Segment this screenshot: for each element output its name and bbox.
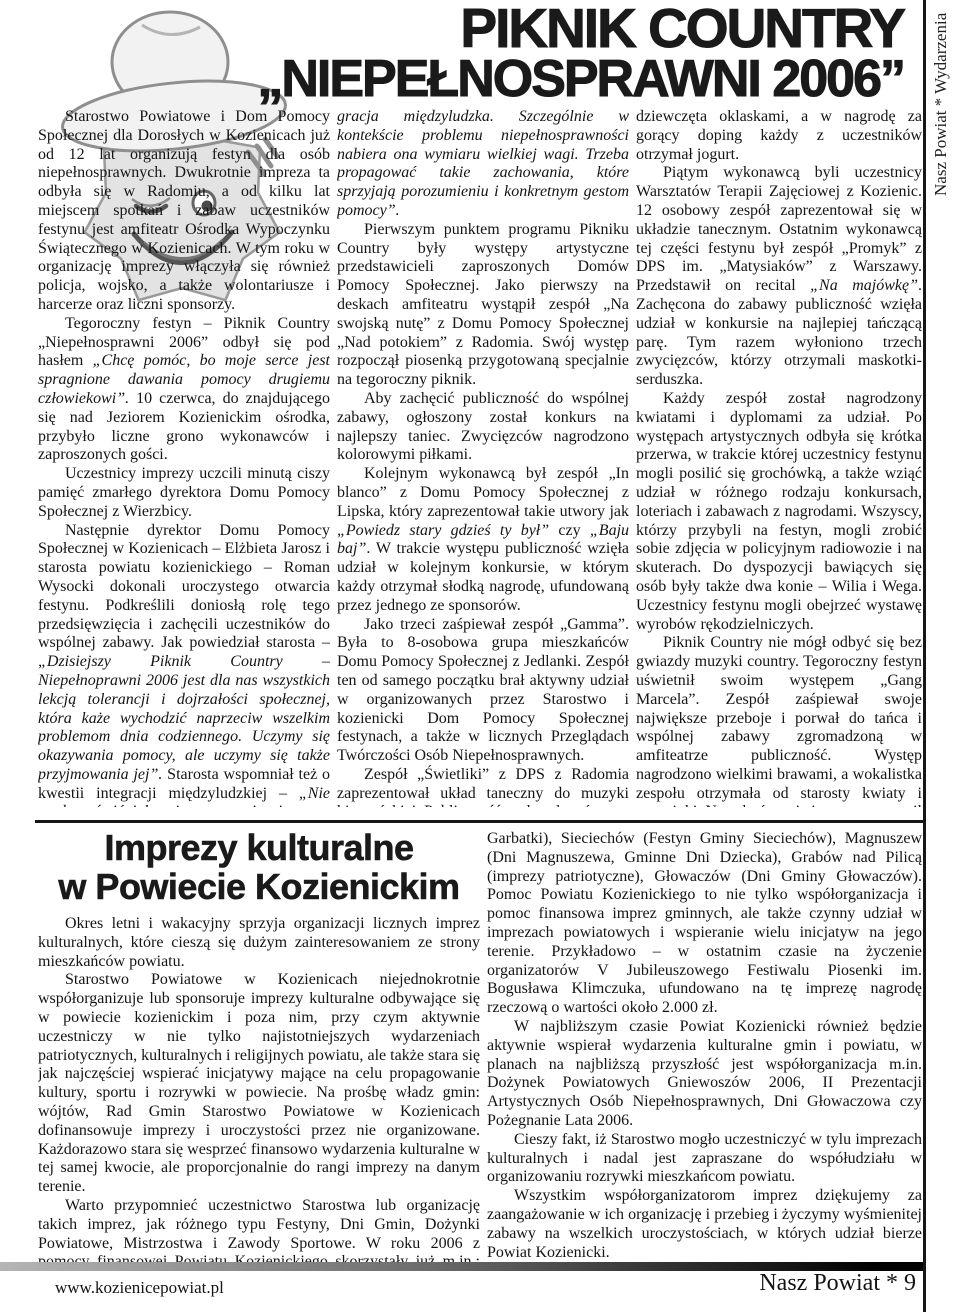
paragraph: W najbliższym czasie Powiat Kozienicki r…: [487, 1018, 922, 1131]
footer-website: www.kozienicepowiat.pl: [55, 1278, 224, 1298]
paragraph: gracja międzyludzka. Szczególnie w konte…: [337, 108, 629, 221]
text-segment: Kolejnym wykonawcą był zespół „In blanco…: [337, 465, 629, 520]
article1-title-line2: „NIEPEŁNOSPRAWNI 2006”: [240, 54, 904, 104]
section-divider-rule: [35, 820, 923, 823]
text-segment: „Dzisiejszy Piknik Country – Niepełnopra…: [38, 653, 330, 783]
paragraph: Uczestnicy imprezy uczcili minutą ciszy …: [38, 465, 330, 521]
paragraph: Garbatki), Sieciechów (Festyn Gminy Siec…: [487, 830, 922, 1018]
text-segment: czy: [549, 522, 590, 539]
article2-heading-line1: Imprezy kulturalne: [38, 828, 480, 867]
text-segment: Starostwo Powiatowe w Kozienicach niejed…: [38, 971, 480, 1195]
article1-column-1: Starostwo Powiatowe i Dom Pomocy Społecz…: [38, 108, 330, 807]
text-segment: Piątym wykonawcą byli uczestnicy Warszta…: [636, 164, 922, 294]
article2-column-right: Garbatki), Sieciechów (Festyn Gminy Siec…: [487, 830, 922, 1262]
article1-column-2: gracja międzyludzka. Szczególnie w konte…: [337, 108, 629, 807]
text-segment: Zespół „Świetliki” z DPS z Radomia zapre…: [337, 766, 629, 807]
article1-column-3: dziewczęta oklaskami, a w nagrodę za gor…: [636, 108, 922, 807]
text-segment: Pierwszym punktem programu Pikniku Count…: [337, 221, 629, 388]
text-segment: gracja międzyludzka. Szczególnie w konte…: [337, 108, 629, 219]
paragraph: Zespół „Świetliki” z DPS z Radomia zapre…: [337, 766, 629, 807]
paragraph: Okres letni i wakacyjny sprzyja organiza…: [38, 915, 480, 971]
footer-page-number: Nasz Powiat * 9: [616, 1270, 916, 1297]
paragraph: Warto przypomnieć uczestnictwo Starostwa…: [38, 1197, 480, 1262]
text-segment: Uczestnicy imprezy uczcili minutą ciszy …: [38, 465, 330, 520]
text-segment: Jako trzeci zaśpiewał zespół „Gamma”. By…: [337, 616, 629, 765]
text-segment: Garbatki), Sieciechów (Festyn Gminy Siec…: [487, 830, 922, 1016]
sidebar-section-label: Nasz Powiat * Wydarzenia: [931, 13, 951, 196]
text-segment: dziewczęta oklaskami, a w nagrodę za gor…: [636, 108, 922, 163]
paragraph: Następnie dyrektor Domu Pomocy Społeczne…: [38, 522, 330, 807]
text-segment: Starostwo Powiatowe i Dom Pomocy Społecz…: [38, 108, 330, 313]
text-segment: . W trakcie występu publiczność wzięła u…: [337, 540, 629, 613]
text-segment: Aby zachęcić publiczność do wspólnej zab…: [337, 390, 629, 463]
text-segment: Każdy zespół został nagrodzony kwiatami …: [636, 390, 922, 633]
paragraph: Każdy zespół został nagrodzony kwiatami …: [636, 390, 922, 634]
paragraph: Kolejnym wykonawcą był zespół „In blanco…: [337, 465, 629, 615]
paragraph: Aby zachęcić publiczność do wspólnej zab…: [337, 390, 629, 465]
paragraph: Starostwo Powiatowe i Dom Pomocy Społecz…: [38, 108, 330, 315]
article2-heading-line2: w Powiecie Kozienickim: [38, 867, 480, 906]
text-segment: W najbliższym czasie Powiat Kozienicki r…: [487, 1018, 922, 1129]
masthead: PIKNIK COUNTRY „NIEPEŁNOSPRAWNI 2006”: [240, 2, 904, 104]
article2-heading: Imprezy kulturalne w Powiecie Kozienicki…: [38, 828, 480, 906]
article2-column-left: Okres letni i wakacyjny sprzyja organiza…: [38, 915, 480, 1262]
newsletter-page: { "colors": { "ink": "#161616", "logo_gr…: [0, 0, 960, 1312]
paragraph: Piknik Country nie mógł odbyć się bez gw…: [636, 634, 922, 807]
text-segment: Piknik Country nie mógł odbyć się bez gw…: [636, 634, 922, 807]
paragraph: Wszystkim współorganizatorom imprez dzię…: [487, 1187, 922, 1262]
page-edge-rule: [923, 0, 926, 1312]
paragraph: Tegoroczny festyn – Piknik Country „Niep…: [38, 315, 330, 465]
text-segment: Wszystkim współorganizatorom imprez dzię…: [487, 1187, 922, 1260]
text-segment: Następnie dyrektor Domu Pomocy Społeczne…: [38, 522, 330, 652]
paragraph: Piątym wykonawcą byli uczestnicy Warszta…: [636, 164, 922, 390]
text-segment: Okres letni i wakacyjny sprzyja organiza…: [38, 915, 480, 970]
paragraph: Jako trzeci zaśpiewał zespół „Gamma”. By…: [337, 616, 629, 766]
text-segment: Warto przypomnieć uczestnictwo Starostwa…: [38, 1197, 480, 1262]
paragraph: Cieszy fakt, iż Starostwo mogło uczestni…: [487, 1131, 922, 1187]
text-segment: „Na majówkę”: [810, 277, 918, 294]
text-segment: „Powiedz stary gdzieś ty był”: [337, 522, 549, 539]
article1-title-line1: PIKNIK COUNTRY: [240, 2, 904, 54]
paragraph: Starostwo Powiatowe w Kozienicach niejed…: [38, 971, 480, 1197]
text-segment: Cieszy fakt, iż Starostwo mogło uczestni…: [487, 1131, 922, 1186]
paragraph: Pierwszym punktem programu Pikniku Count…: [337, 221, 629, 390]
paragraph: dziewczęta oklaskami, a w nagrodę za gor…: [636, 108, 922, 164]
